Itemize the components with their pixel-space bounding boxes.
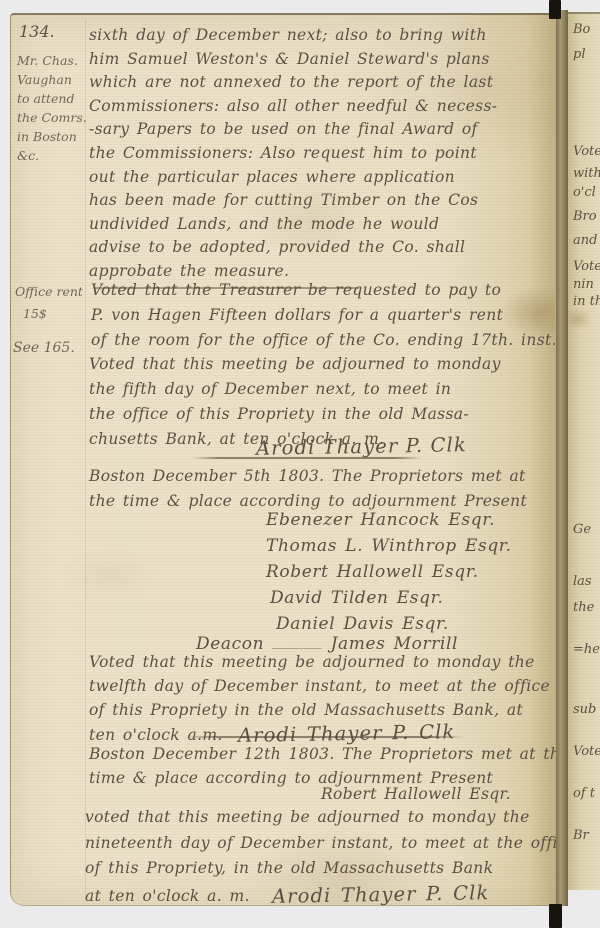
facing-text-fragment: pl	[573, 47, 585, 62]
text-line: at ten o'clock a. m.	[85, 887, 250, 905]
connector-flourish	[272, 638, 322, 649]
meeting-dec12-attendee: Robert Hallowell Esqr.	[321, 785, 511, 803]
margin-note-line: &c.	[17, 146, 87, 165]
facing-text-fragment: las	[573, 574, 592, 589]
manuscript-page: 134. Mr. Chas. Vaughan to attend the Com…	[10, 13, 556, 906]
margin-note-see-165: See 165.	[13, 339, 75, 358]
text-line: undivided Lands, and the mode he would	[89, 213, 497, 237]
facing-text-fragment: Bro	[573, 209, 597, 224]
text-line: out the particular places where applicat…	[89, 166, 497, 190]
facing-text-fragment: Ge	[573, 522, 591, 537]
clerk-signature: Arodi Thayer P. Clk	[256, 435, 467, 458]
margin-note-line: See 165.	[13, 339, 75, 358]
margin-note-line: the Comrs.	[17, 108, 87, 127]
facing-text-fragment: Vote	[573, 144, 600, 159]
facing-page-edge: Bo pl Vote with o'cl Bro and p Vote nin …	[568, 12, 600, 890]
text-line: Voted that this meeting be adjourned to …	[89, 352, 501, 377]
attendee-name: David Tilden Esqr.	[266, 585, 512, 611]
closing-line: at ten o'clock a. m. Arodi Thayer P. Clk	[85, 882, 576, 910]
binding-tie-bottom	[549, 904, 562, 928]
text-line: Voted that the Treasurer be requested to…	[91, 278, 557, 303]
margin-note-line: to attend	[17, 89, 87, 108]
attendee-list: Ebenezer Hancock Esqr. Thomas L. Winthro…	[266, 507, 512, 637]
margin-note-office-rent: Office rent 15$	[15, 281, 83, 325]
facing-text-fragment: and p	[573, 233, 600, 248]
text-line: him Samuel Weston's & Daniel Steward's p…	[89, 48, 497, 72]
facing-text-fragment: Br	[573, 828, 589, 843]
binding-gutter	[556, 10, 568, 906]
binding-tie-top	[549, 0, 561, 19]
facing-text-fragment: Vote	[573, 259, 600, 274]
text-line: has been made for cutting Timber on the …	[89, 189, 497, 213]
scanned-manuscript: { "document": { "page_number": "134.", "…	[0, 0, 600, 928]
text-line: Boston December 12th 1803. The Proprieto…	[89, 742, 570, 766]
margin-note-line: 15$	[15, 303, 83, 325]
margin-note-vaughan: Mr. Chas. Vaughan to attend the Comrs. i…	[17, 51, 87, 165]
text-line: sixth day of December next; also to brin…	[89, 24, 497, 48]
margin-note-line: Vaughan	[17, 70, 87, 89]
text-line: advise to be adopted, provided the Co. s…	[89, 236, 497, 260]
text-line: Boston December 5th 1803. The Proprietor…	[89, 464, 527, 489]
text-line: of this Propriety, in the old Massachuse…	[85, 856, 576, 882]
vote-adjourn-dec12: Voted that this meeting be adjourned to …	[89, 650, 550, 747]
facing-text-fragment: of t	[573, 786, 595, 801]
facing-text-fragment: Bo	[573, 22, 590, 37]
text-line: of this Propriety in the old Massachuset…	[89, 698, 550, 722]
text-line: voted that this meeting be adjourned to …	[85, 805, 576, 831]
entry-divider	[191, 457, 423, 459]
text-line: nineteenth day of December instant, to m…	[85, 831, 576, 857]
vote-adjourn-dec19: voted that this meeting be adjourned to …	[85, 805, 576, 909]
facing-text-fragment: the	[573, 600, 594, 615]
vote-office-rent: Voted that the Treasurer be requested to…	[91, 278, 557, 353]
margin-note-line: Office rent	[15, 281, 83, 303]
facing-text-fragment: sub	[573, 702, 596, 717]
text-line: Commissioners: also all other needful & …	[89, 95, 497, 119]
text-line: twelfth day of December instant, to meet…	[89, 674, 550, 698]
facing-text-fragment: =he	[573, 642, 600, 657]
facing-text-fragment: nin	[573, 277, 594, 292]
text-line: which are not annexed to the report of t…	[89, 71, 497, 95]
text-line: of the room for the office of the Co. en…	[91, 328, 557, 353]
signature-text: Arodi Thayer P. Clk	[272, 880, 490, 909]
text-line: the Commissioners: Also request him to p…	[89, 142, 497, 166]
attendee-name: Robert Hallowell Esqr.	[321, 785, 511, 803]
attendee-name: Thomas L. Winthrop Esqr.	[266, 533, 512, 559]
facing-text-fragment: in th	[573, 294, 600, 309]
text-line: Voted that this meeting be adjourned to …	[89, 650, 550, 674]
margin-note-line: Mr. Chas.	[17, 51, 87, 70]
facing-text-fragment: with	[573, 166, 600, 181]
meeting-dec12-heading: Boston December 12th 1803. The Proprieto…	[89, 742, 570, 790]
text-line: P. von Hagen Fifteen dollars for a quart…	[91, 303, 557, 328]
text-line: the office of this Propriety in the old …	[89, 402, 501, 427]
continuation-paragraph: sixth day of December next; also to brin…	[89, 24, 497, 284]
text-line: -sary Papers to be used on the final Awa…	[89, 118, 497, 142]
text-line: the fifth day of December next, to meet …	[89, 377, 501, 402]
attendee-name: Ebenezer Hancock Esqr.	[266, 507, 512, 533]
margin-note-line: in Boston	[17, 127, 87, 146]
page-number: 134.	[19, 22, 55, 41]
facing-text-fragment: o'cl	[573, 185, 596, 200]
signature-text: Arodi Thayer P. Clk	[256, 433, 467, 460]
entry-divider	[184, 736, 464, 738]
facing-text-fragment: Vote	[573, 744, 600, 759]
attendee-name: Robert Hallowell Esqr.	[266, 559, 512, 585]
